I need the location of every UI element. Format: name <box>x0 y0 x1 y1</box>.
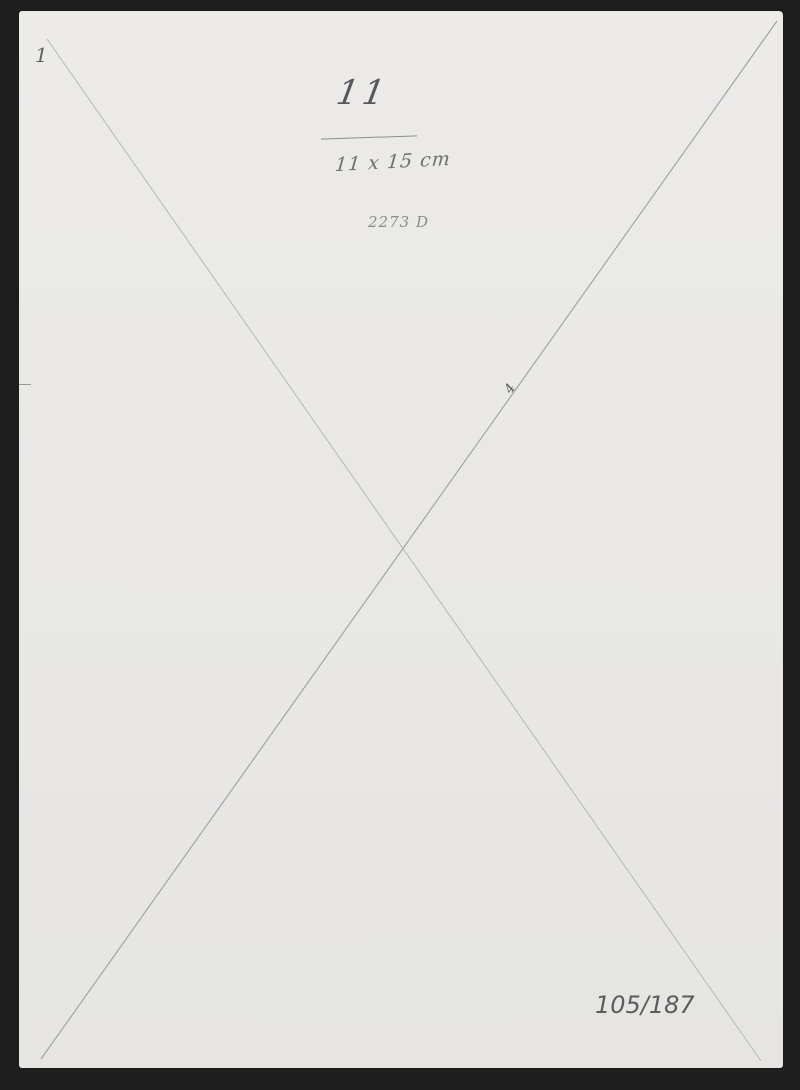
reference-number: 105/187 <box>595 991 695 1019</box>
sheet-number: 11 <box>333 73 391 113</box>
edge-tick-mark <box>19 384 31 385</box>
photo-back-paper: 1 11 11 x 15 cm 2273 D 4 105/187 <box>19 11 783 1068</box>
corner-mark: 1 <box>35 43 49 67</box>
catalog-code: 2273 D <box>368 213 429 231</box>
